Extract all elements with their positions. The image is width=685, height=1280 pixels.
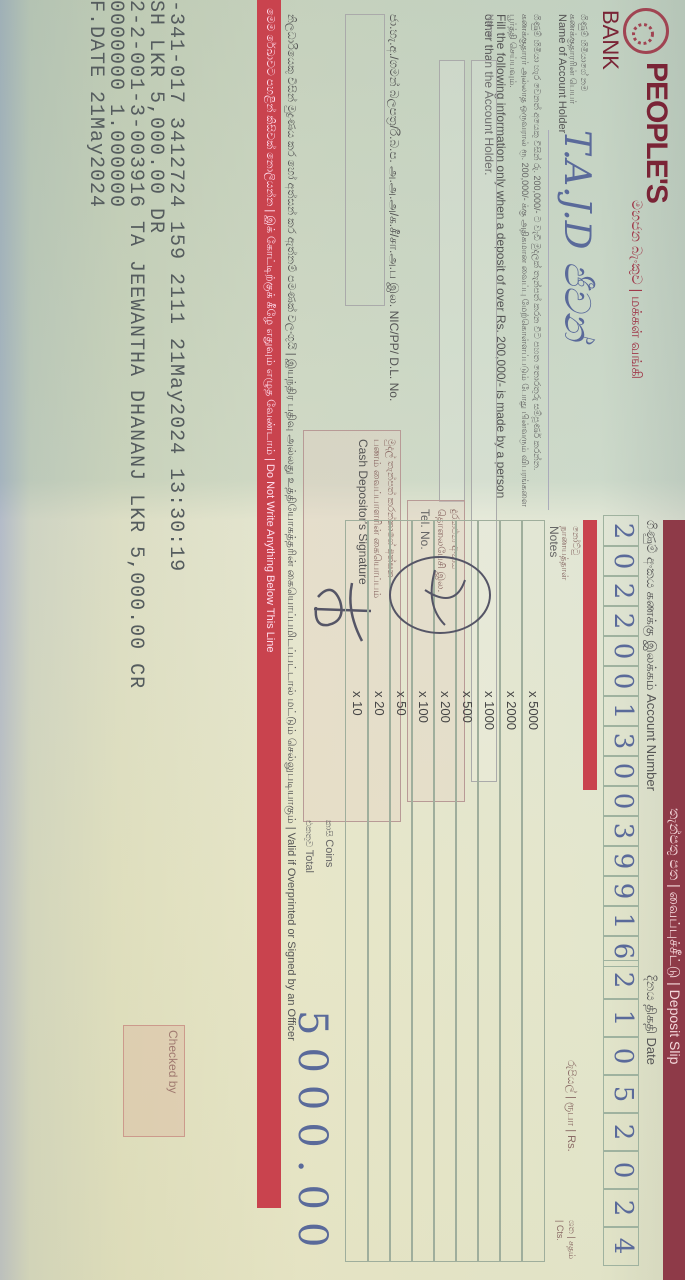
depositor-name-label: Name xyxy=(485,14,495,38)
account-digit-box[interactable]: 0 xyxy=(603,785,639,817)
id-number-input[interactable] xyxy=(345,14,385,306)
account-digit-box[interactable]: 0 xyxy=(603,665,639,697)
total-label: එකතුව Total xyxy=(303,820,315,873)
account-holder-label-si: ගිණුම් හිමියාගේ නම xyxy=(578,14,589,134)
date-digit-box[interactable]: 0 xyxy=(603,1036,639,1076)
account-digit-box[interactable]: 2 xyxy=(603,605,639,637)
depositor-address-input[interactable] xyxy=(439,60,465,502)
date-digit-box[interactable]: 0 xyxy=(603,1150,639,1190)
date-digit-box[interactable]: 2 xyxy=(603,1112,639,1152)
account-number-field[interactable]: 202200130039916 xyxy=(603,515,639,965)
denomination-row[interactable]: x 10 xyxy=(345,520,369,1262)
bank-name-line2: BANK xyxy=(597,10,623,70)
denomination-label: x 2000 xyxy=(504,691,519,730)
date-digit-box[interactable]: 2 xyxy=(603,960,639,1000)
date-label: දිනය திகதி Date xyxy=(642,975,659,1065)
account-digit-box[interactable]: 0 xyxy=(603,635,639,667)
checked-by-field[interactable]: Checked by xyxy=(123,1025,185,1137)
denomination-label: x 20 xyxy=(372,691,387,716)
account-digit-box[interactable]: 1 xyxy=(603,905,639,937)
do-not-write-band: මෙම රේඛාවට පහළින් කිසිවක් නොලියන්න | இக்… xyxy=(257,0,281,1208)
print-line-3: 2-2-001-3-003916 TA JEEWANTHA DHANANJ LK… xyxy=(125,0,145,689)
date-digit-box[interactable]: 1 xyxy=(603,998,639,1038)
denomination-label: x 1000 xyxy=(482,691,497,730)
checked-by-label: Checked by xyxy=(162,1026,184,1136)
bank-seal-icon xyxy=(623,8,669,54)
account-holder-name-input[interactable]: T.A.J.D ජීවන් xyxy=(548,130,597,510)
denomination-label: x 100 xyxy=(416,691,431,723)
header-band: තැන්පතු පත | வைப்புச்சீட்டு | Deposit Sl… xyxy=(663,520,685,1280)
account-number-label: ගිණුම් අංකය கணக்கு இலக்கம் Account Numbe… xyxy=(642,520,659,791)
account-digit-box[interactable]: 2 xyxy=(603,575,639,607)
account-holder-label: ගිණුම් හිමියාගේ නම கணக்குதாரரின் பெயர் N… xyxy=(556,14,589,134)
account-digit-box[interactable]: 0 xyxy=(603,545,639,577)
deposit-slip: PEOPLE'S BANK මහජන බැංකුව | மக்கள் வங்கி… xyxy=(0,0,685,1280)
coins-label: කාසි Coins xyxy=(323,820,335,867)
account-digit-box[interactable]: 2 xyxy=(603,515,639,547)
bank-name-line1: PEOPLE'S xyxy=(639,62,673,203)
divider-stripe xyxy=(583,520,597,790)
bank-logo: PEOPLE'S BANK xyxy=(597,8,677,198)
denomination-label: x 10 xyxy=(350,691,365,716)
denomination-label: x 500 xyxy=(460,691,475,723)
account-digit-box[interactable]: 3 xyxy=(603,725,639,757)
denomination-row[interactable]: x 5000 xyxy=(521,520,545,1262)
cents-header: ශත | சதம் | Cts. xyxy=(555,1220,577,1260)
coins-label-si: කාසි xyxy=(324,820,334,837)
slip-title: තැන්පතු පත | வைப்புச்சீட்டு | Deposit Sl… xyxy=(665,808,684,1064)
print-line-1: -341-017 3412724 159 2111 21May2024 13:3… xyxy=(165,0,185,689)
total-label-en: Total xyxy=(303,850,315,873)
coins-label-en: Coins xyxy=(323,839,335,867)
officer-validity-note: නිලධාරියෙකු විසින් මුද්‍රණය කර හෝ අත්සන්… xyxy=(283,14,297,1041)
amount-header: රුපියල් | ரூபா | Rs. xyxy=(563,1060,577,1152)
print-line-5: F.DATE 21May2024 xyxy=(85,0,105,689)
print-line-2: SH LKR 5,000.00 DR xyxy=(145,0,165,689)
notes-label-en: Notes xyxy=(548,526,559,580)
account-digit-box[interactable]: 9 xyxy=(603,845,639,877)
officer-initial-mark xyxy=(385,550,495,640)
id-number-label: ජා.හැ.අ./ගමන් බලපත්‍ර/රි.බ.ප. அ.அ.அ/க.சீ… xyxy=(385,14,401,401)
account-digit-box[interactable]: 3 xyxy=(603,815,639,847)
date-digit-box[interactable]: 4 xyxy=(603,1226,639,1266)
print-line-4: 0000000 1.000000 xyxy=(105,0,125,689)
denomination-label: x 200 xyxy=(438,691,453,723)
date-field[interactable]: 21052024 xyxy=(603,960,639,1280)
notes-label-si: නෝට්ටු xyxy=(570,526,581,580)
account-holder-label-ta: கணக்குதாரரின் பெயர் xyxy=(567,14,578,134)
denomination-row[interactable]: x 2000 xyxy=(499,520,523,1262)
account-digit-box[interactable]: 0 xyxy=(603,755,639,787)
total-label-si: එකතුව xyxy=(304,820,314,847)
teller-print-stamp: -341-017 3412724 159 2111 21May2024 13:3… xyxy=(85,0,185,689)
denomination-label: x 50 xyxy=(394,691,409,716)
notes-label: නෝට්ටු நாணயத்தாள் Notes xyxy=(548,526,581,580)
notice-ta: கணக்குதாரர் அல்லாத ஒருவரால் ரூ. 200,000/… xyxy=(507,14,531,514)
account-digit-box[interactable]: 1 xyxy=(603,695,639,727)
account-digit-box[interactable]: 9 xyxy=(603,875,639,907)
denomination-label: x 5000 xyxy=(526,691,541,730)
denomination-table: නෝට්ටු நாணயத்தாள் Notes x 5000x 2000x 10… xyxy=(285,520,585,1280)
total-amount-input[interactable]: 5000.00 xyxy=(289,1010,335,1259)
bank-name-local: මහජන බැංකුව | மக்கள் வங்கி xyxy=(626,200,645,379)
date-digit-box[interactable]: 5 xyxy=(603,1074,639,1114)
notice-si: ගිණුම් හිමියා හැර වෙනත් අයෙකු විසින් රු.… xyxy=(531,14,543,514)
do-not-write-text: මෙම රේඛාවට පහළින් කිසිවක් නොලියන්න | இக்… xyxy=(262,8,276,653)
date-digit-box[interactable]: 2 xyxy=(603,1188,639,1228)
account-holder-label-en: Name of Account Holder xyxy=(556,14,567,134)
